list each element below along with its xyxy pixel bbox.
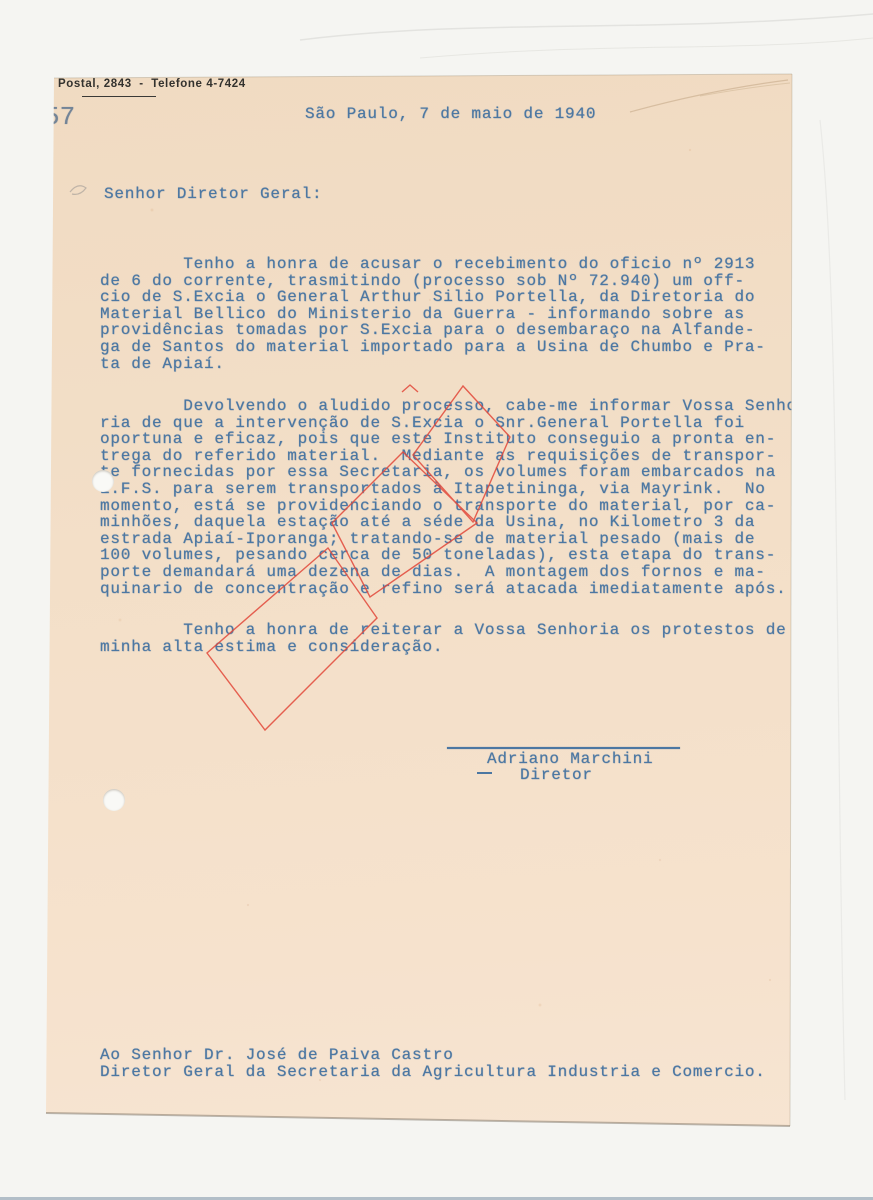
addressee-block: Ao Senhor Dr. José de Paiva Castro Diret… bbox=[100, 1047, 766, 1080]
signature-dash bbox=[477, 772, 492, 774]
paper-creases bbox=[0, 0, 873, 1200]
red-caret-mark bbox=[402, 385, 418, 392]
red-pencil-marks bbox=[0, 0, 873, 1200]
letter-paper: Postal, 2843 - Telefone 4-7424 57 São Pa… bbox=[0, 0, 873, 1200]
paragraph-1: Tenho a honra de acusar o recebimento do… bbox=[100, 256, 766, 372]
paragraph-3: Tenho a honra de reiterar a Vossa Senhor… bbox=[100, 622, 787, 655]
signature-title: Diretor bbox=[520, 767, 593, 784]
punch-hole-upper bbox=[92, 470, 114, 492]
salutation: Senhor Diretor Geral: bbox=[104, 186, 322, 203]
paragraph-2: Devolvendo o aludido processo, cabe-me i… bbox=[100, 398, 807, 597]
punch-hole-lower bbox=[103, 789, 125, 811]
pencil-squiggle bbox=[70, 186, 86, 195]
doc-number: 57 bbox=[44, 104, 75, 130]
letterhead-underline bbox=[82, 96, 156, 97]
dateline: São Paulo, 7 de maio de 1940 bbox=[305, 106, 596, 123]
signature-rule bbox=[447, 747, 680, 749]
scan-page: { "letter": { "letterhead_print": "Posta… bbox=[0, 0, 873, 1200]
letterhead-print: Postal, 2843 - Telefone 4-7424 bbox=[58, 78, 246, 90]
